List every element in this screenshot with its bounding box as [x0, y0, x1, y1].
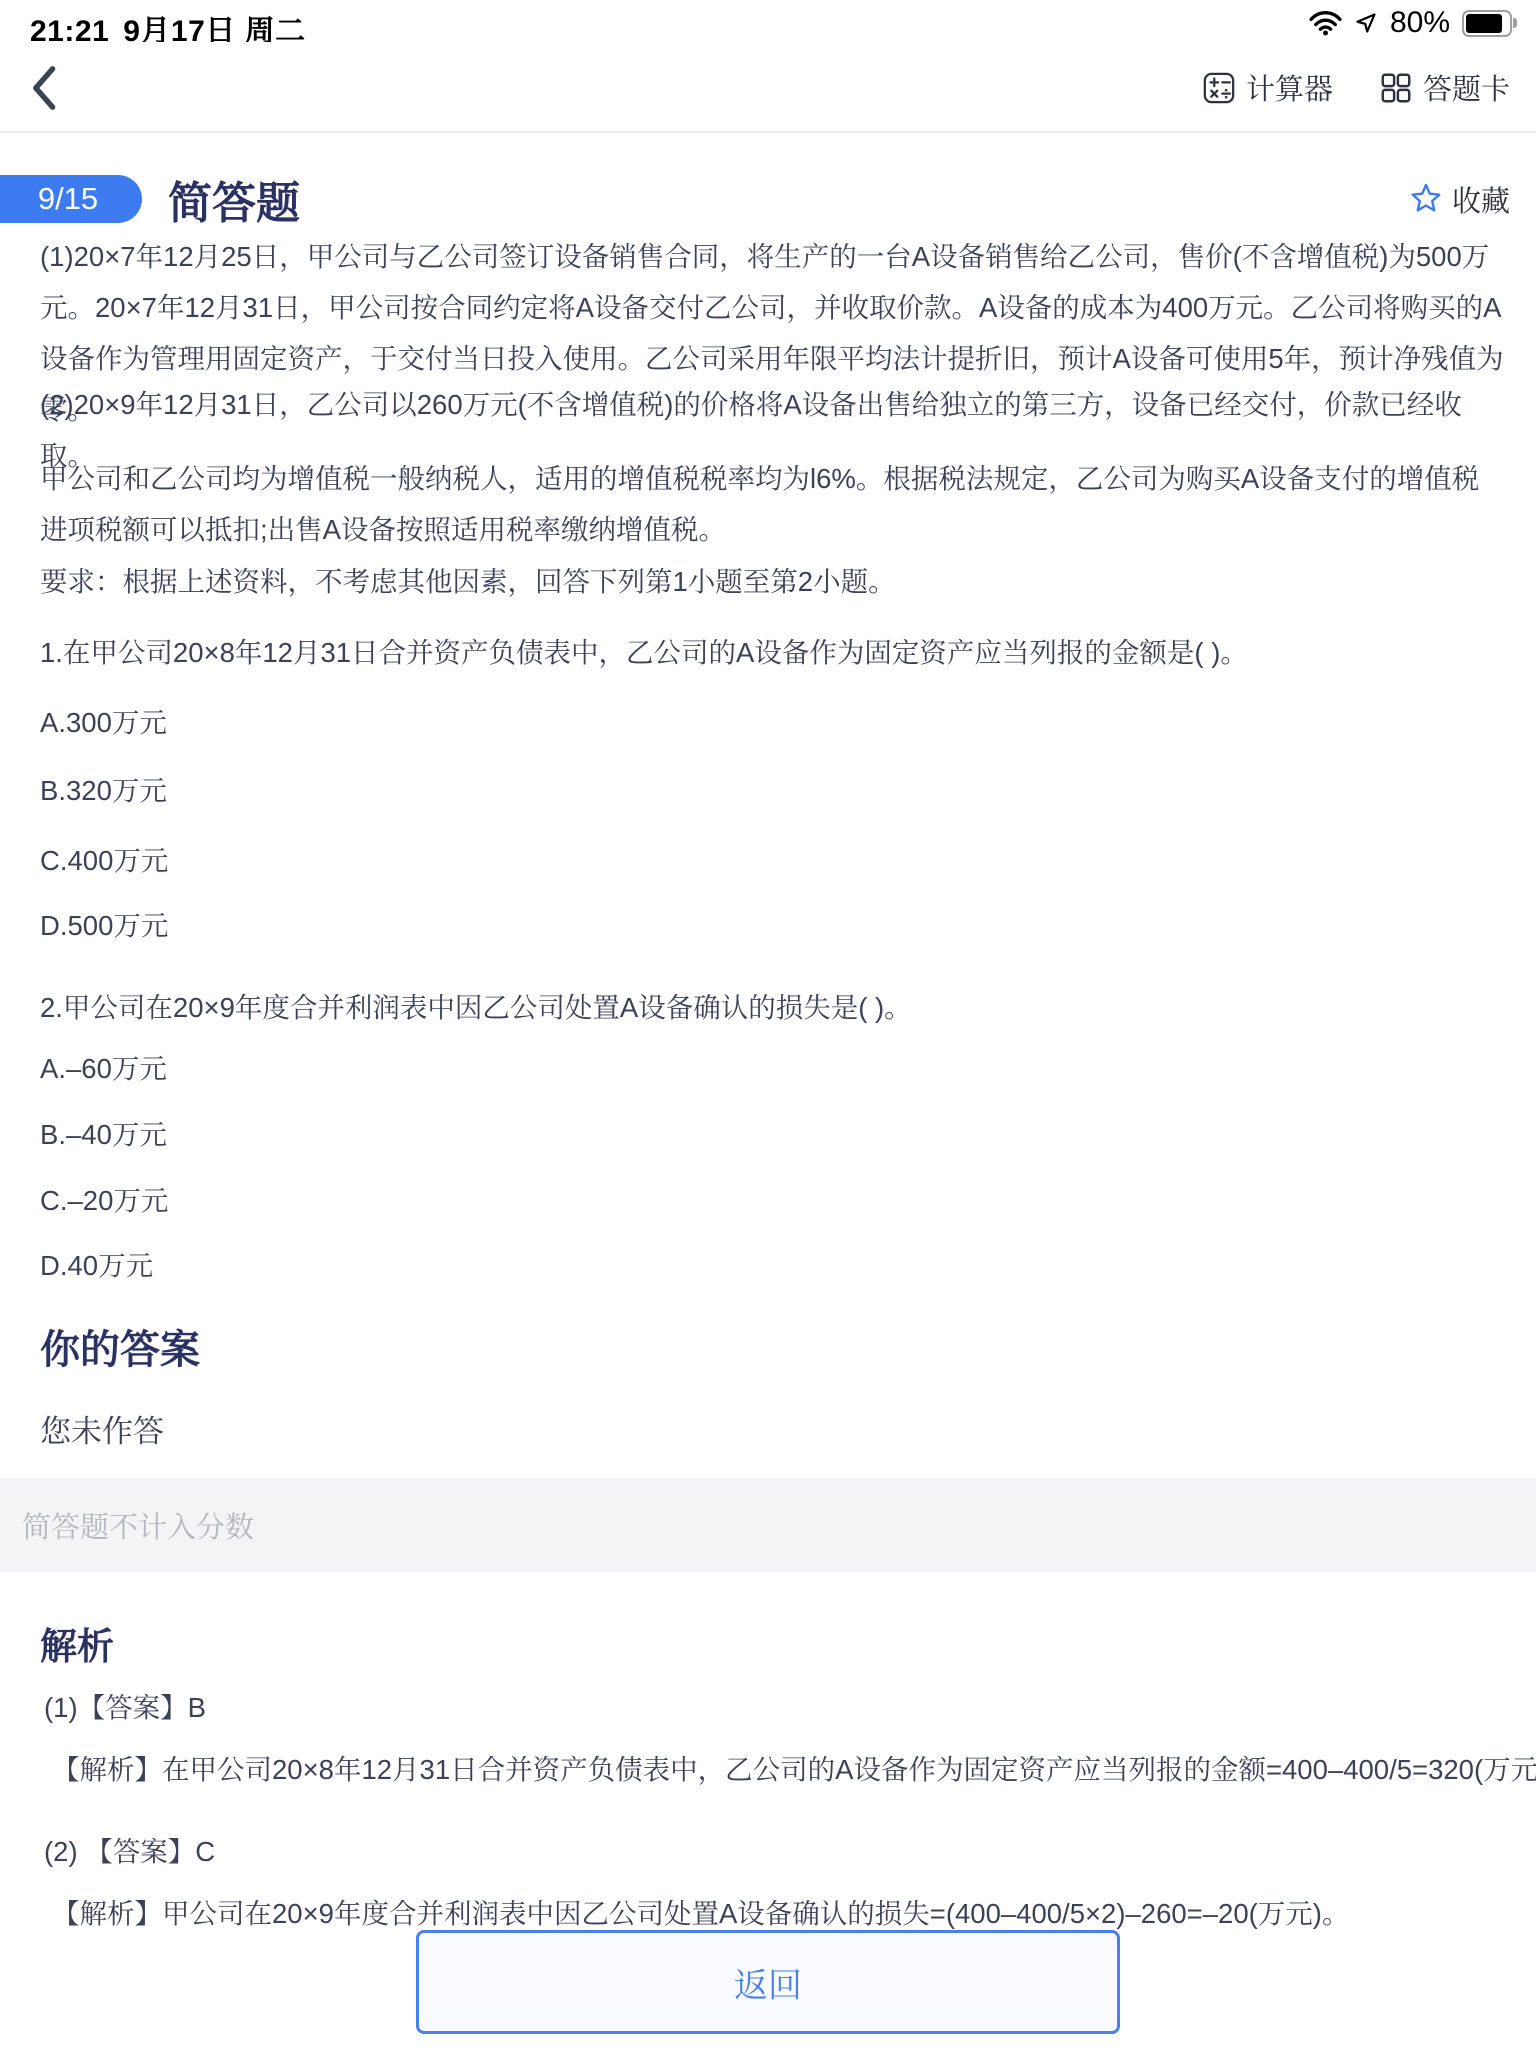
sub-question-stem: 1.在甲公司20×8年12月31日合并资产负债表中，乙公司的A设备作为固定资产应… — [40, 630, 1506, 670]
battery-percent: 80% — [1390, 6, 1450, 40]
answer-status: 您未作答 — [40, 1406, 164, 1451]
answer-card-label: 答题卡 — [1423, 67, 1510, 108]
question-index-badge: 9/15 — [0, 175, 142, 223]
battery-icon — [1462, 10, 1512, 37]
wifi-icon — [1309, 11, 1342, 36]
question-type-title: 简答题 — [168, 167, 300, 231]
return-button[interactable]: 返回 — [416, 1930, 1120, 2034]
option-item[interactable]: A.300万元 — [40, 700, 1506, 740]
question-header: 9/15 简答题 收藏 — [0, 170, 1510, 228]
analysis-answer: (2) 【答案】C — [44, 1829, 1506, 1869]
status-indicators: 80% — [1309, 6, 1512, 40]
calculator-icon — [1202, 71, 1236, 105]
option-item[interactable]: A.–60万元 — [40, 1046, 1506, 1086]
status-bar: 21:219月17日 周二 80% — [0, 0, 1536, 42]
answer-card-button[interactable]: 答题卡 — [1379, 67, 1510, 108]
sub-question-stem: 2.甲公司在20×9年度合并利润表中因乙公司处置A设备确认的损失是( )。 — [40, 985, 1506, 1025]
star-outline-icon — [1409, 182, 1443, 216]
your-answer-title: 你的答案 — [40, 1318, 200, 1375]
location-arrow-icon — [1354, 11, 1378, 35]
option-item[interactable]: D.500万元 — [40, 903, 1506, 943]
question-paragraph: 甲公司和乙公司均为增值税一般纳税人，适用的增值税税率均为l6%。根据税法规定，乙… — [40, 453, 1506, 555]
calculator-label: 计算器 — [1246, 67, 1333, 108]
app-screen: 21:219月17日 周二 80% — [0, 0, 1536, 2048]
back-chevron-icon — [28, 64, 62, 112]
calculator-button[interactable]: 计算器 — [1202, 67, 1333, 108]
option-item[interactable]: C.–20万元 — [40, 1178, 1506, 1218]
favorite-label: 收藏 — [1452, 179, 1510, 220]
option-item[interactable]: D.40万元 — [40, 1243, 1506, 1283]
favorite-button[interactable]: 收藏 — [1409, 179, 1510, 220]
score-note-text: 简答题不计入分数 — [22, 1505, 254, 1546]
return-button-label: 返回 — [734, 1958, 802, 2007]
analysis-explanation: 【解析】甲公司在20×9年度合并利润表中因乙公司处置A设备确认的损失=(400–… — [52, 1891, 1506, 1931]
option-item[interactable]: C.400万元 — [40, 838, 1506, 878]
option-item[interactable]: B.320万元 — [40, 768, 1506, 808]
back-button[interactable] — [28, 64, 62, 112]
question-paragraph: 要求：根据上述资料，不考虑其他因素，回答下列第1小题至第2小题。 — [40, 556, 1506, 607]
analysis-title: 解析 — [40, 1616, 114, 1670]
analysis-answer: (1)【答案】B — [44, 1685, 1506, 1725]
score-note-bar: 简答题不计入分数 — [0, 1478, 1536, 1572]
nav-bar: 计算器 答题卡 — [0, 42, 1536, 133]
analysis-explanation: 【解析】在甲公司20×8年12月31日合并资产负债表中，乙公司的A设备作为固定资… — [52, 1747, 1506, 1787]
nav-actions: 计算器 答题卡 — [1202, 42, 1510, 133]
grid-icon — [1379, 71, 1413, 105]
option-item[interactable]: B.–40万元 — [40, 1112, 1506, 1152]
